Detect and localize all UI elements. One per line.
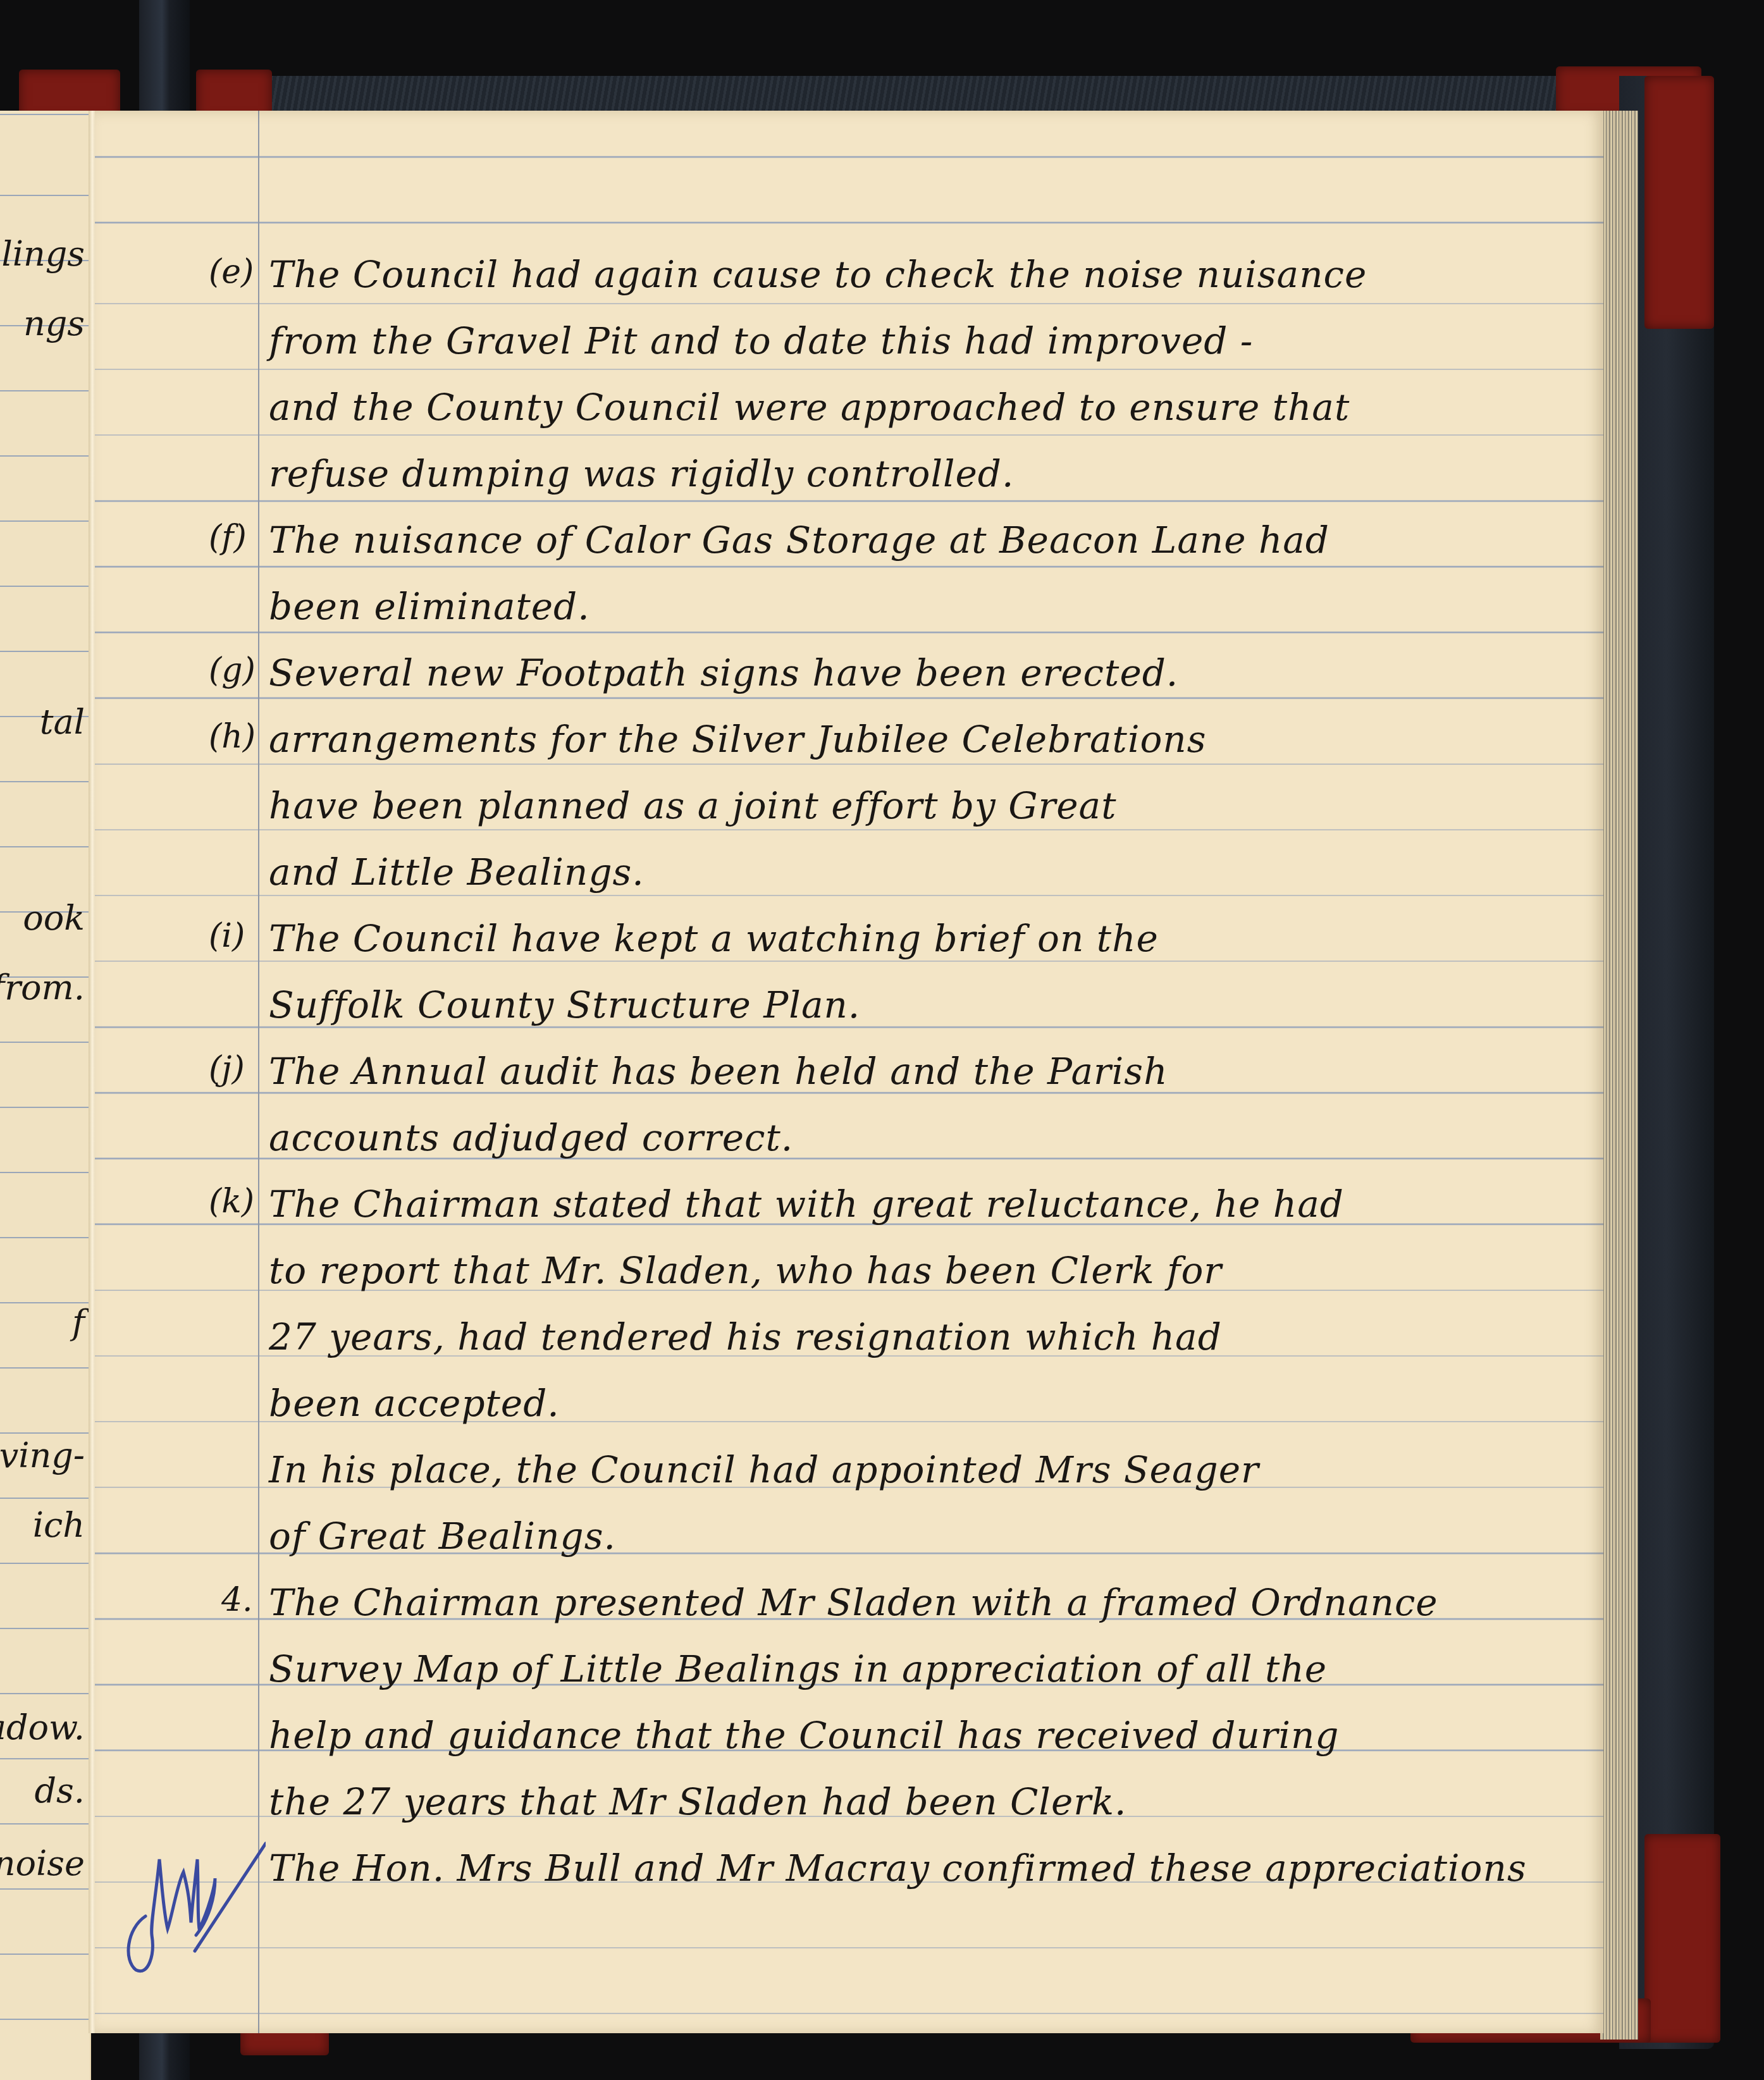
entry-label: 4. xyxy=(221,1581,253,1619)
left-page-fragment: eadow. xyxy=(0,1708,85,1747)
left-page-fragment: ngs xyxy=(23,304,85,343)
left-page-fragment: alings xyxy=(0,234,85,274)
binding-corner-right-bottom xyxy=(1644,1834,1720,2043)
entry-text-line: and the County Council were approached t… xyxy=(269,386,1350,429)
entry-text-line: been eliminated. xyxy=(269,585,590,628)
left-page-fragment: tal xyxy=(40,702,85,742)
entry-text-line: The Council have kept a watching brief o… xyxy=(269,917,1159,960)
entry-text-line: refuse dumping was rigidly controlled. xyxy=(269,452,1014,495)
entry-text-line: The nuisance of Calor Gas Storage at Bea… xyxy=(269,519,1329,562)
entry-text-line: to report that Mr. Sladen, who has been … xyxy=(269,1249,1222,1292)
left-page-fragment: ich xyxy=(33,1505,85,1545)
entry-text-line: The Annual audit has been held and the P… xyxy=(269,1050,1168,1093)
entry-text-line: Suffolk County Structure Plan. xyxy=(269,983,860,1026)
left-page-fragment: ving- xyxy=(0,1436,85,1475)
entry-label: (e) xyxy=(209,253,254,291)
left-page: alingsngstalookfrom.fving-icheadow.ds.no… xyxy=(0,111,91,2080)
entry-text-line: The Council had again cause to check the… xyxy=(269,253,1367,296)
entry-label: (h) xyxy=(209,718,256,756)
entry-label: (f) xyxy=(209,519,247,557)
entry-text-line: The Hon. Mrs Bull and Mr Macray confirme… xyxy=(269,1847,1527,1890)
entry-label: (i) xyxy=(209,917,245,955)
entry-text-line: Survey Map of Little Bealings in appreci… xyxy=(269,1647,1327,1690)
initials-signature-icon xyxy=(120,1834,266,1992)
entry-text-line: arrangements for the Silver Jubilee Cele… xyxy=(269,718,1206,761)
left-page-fragment: noise xyxy=(0,1843,85,1883)
entry-text-line: 27 years, had tendered his resignation w… xyxy=(269,1315,1222,1358)
binding-corner-right-top xyxy=(1644,76,1714,329)
right-page: (e)The Council had again cause to check … xyxy=(95,111,1603,2033)
entry-text-line: Several new Footpath signs have been ere… xyxy=(269,651,1178,694)
entry-text-line: accounts adjudged correct. xyxy=(269,1116,793,1159)
entry-text-line: have been planned as a joint effort by G… xyxy=(269,784,1116,827)
left-page-fragment: ds. xyxy=(35,1771,85,1811)
left-page-fragment: ook xyxy=(23,898,85,938)
entry-text-line: from the Gravel Pit and to date this had… xyxy=(269,319,1253,362)
left-page-fragment: from. xyxy=(0,968,85,1007)
page-edges xyxy=(1600,111,1638,2040)
entry-label: (g) xyxy=(209,651,256,689)
entry-text-line: and Little Bealings. xyxy=(269,851,645,894)
entry-label: (k) xyxy=(209,1183,254,1221)
book-spine xyxy=(202,76,1625,111)
entry-text-line: the 27 years that Mr Sladen had been Cle… xyxy=(269,1780,1127,1823)
entry-text-line: The Chairman presented Mr Sladen with a … xyxy=(269,1581,1438,1624)
entry-label: (j) xyxy=(209,1050,245,1088)
entry-text-line: of Great Bealings. xyxy=(269,1515,616,1558)
entry-text-line: help and guidance that the Council has r… xyxy=(269,1714,1340,1757)
left-page-fragment: f xyxy=(72,1303,85,1343)
entry-text-line: been accepted. xyxy=(269,1382,560,1425)
entry-text-line: The Chairman stated that with great relu… xyxy=(269,1183,1344,1226)
entry-text-line: In his place, the Council had appointed … xyxy=(269,1448,1259,1491)
